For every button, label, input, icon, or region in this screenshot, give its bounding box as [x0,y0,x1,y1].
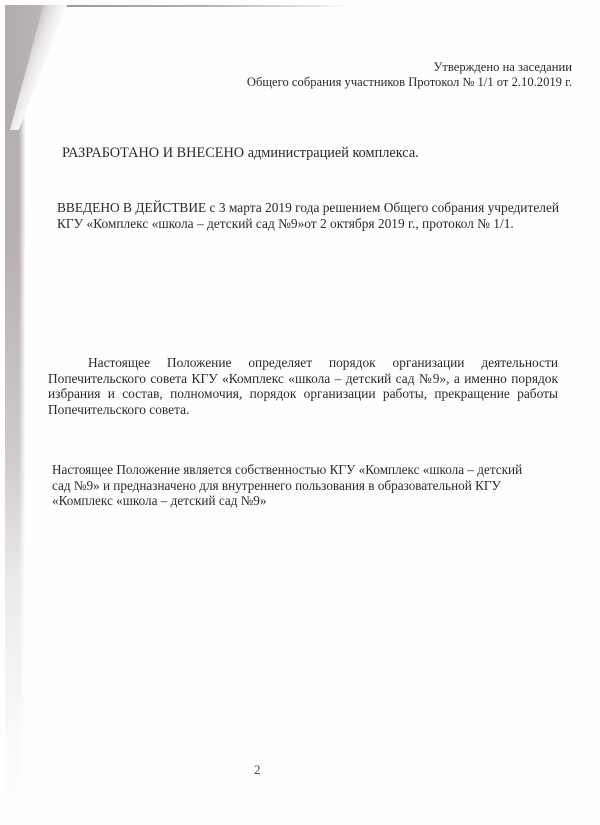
purpose-paragraph: Настоящее Положение определяет порядок о… [48,355,558,417]
introduced-statement: ВВЕДЕНО В ДЕЙСТВИЕ с 3 марта 2019 года р… [57,200,559,231]
paragraph-line: избрания и состав, полномочия, порядок о… [48,386,558,402]
introduced-line-1: ВВЕДЕНО В ДЕЙСТВИЕ с 3 марта 2019 года р… [57,200,559,216]
scan-top-edge-line [60,5,350,7]
paragraph-line: Настоящее Положение определяет порядок о… [48,355,558,371]
paragraph-line: Настоящее Положение является собственнос… [52,462,522,478]
paragraph-line: Попечительского совета КГУ «Комплекс «шк… [48,371,558,387]
paragraph-line: Попечительского совета. [48,402,558,418]
page-curl-corner [5,5,67,130]
page-number: 2 [254,762,261,778]
approval-stamp-text: Утверждено на заседании Общего собрания … [247,60,572,90]
approval-line-2: Общего собрания участников Протокол № 1/… [247,75,572,90]
scanned-document-page: Утверждено на заседании Общего собрания … [0,0,600,825]
introduced-line-2: КГУ «Комплекс «школа – детский сад №9»от… [57,216,559,232]
paragraph-line: сад №9» и предназначено для внутреннего … [52,478,522,494]
approval-line-1: Утверждено на заседании [247,60,572,75]
developed-statement: РАЗРАБОТАНО И ВНЕСЕНО администрацией ком… [62,146,419,162]
ownership-paragraph: Настоящее Положение является собственнос… [52,462,522,509]
paragraph-line: «Комплекс «школа – детский сад №9» [52,493,522,509]
